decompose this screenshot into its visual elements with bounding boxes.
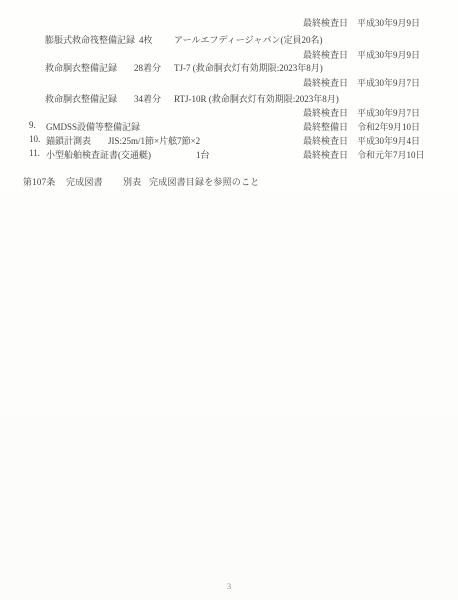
date-value: 平成30年9月4日 [357, 136, 420, 146]
record-row-liferaft: 膨脹式救命筏整備記録 4枚 アールエフディージャパン(定員20名) [0, 33, 458, 46]
record-label: 救命胴衣整備記録 [45, 61, 117, 74]
item-detail: 1台 [196, 148, 210, 161]
item-label: 錨鎖計測表 [46, 134, 91, 147]
record-detail: RTJ-10R (救命胴衣灯有効期限:2023年8月) [174, 92, 339, 105]
date-block: 最終検査日平成30年9月9日 [303, 16, 420, 29]
article-107-line: 第107条 完成図書 別表 完成図書目録を参照のこと [0, 175, 458, 188]
date-block: 最終整備日令和2年9月10日 [303, 120, 420, 133]
record-quantity: 4枚 [139, 33, 153, 46]
date-value: 平成30年9月9日 [357, 18, 420, 28]
date-value: 令和2年9月10日 [357, 122, 420, 132]
inspection-date-line: 最終検査日平成30年9月7日 [0, 76, 458, 89]
record-row-lifejacket-28: 救命胴衣整備記録 28着分 TJ-7 (救命胴衣灯有効期限:2023年8月) [0, 61, 458, 74]
date-label: 最終検査日 [303, 18, 348, 28]
date-value: 平成30年9月9日 [357, 50, 420, 60]
date-block: 最終検査日平成30年9月7日 [303, 106, 420, 119]
inspection-date-line: 最終検査日平成30年9月9日 [0, 16, 458, 29]
record-label: 救命胴衣整備記録 [45, 92, 117, 105]
inspection-date-line: 最終検査日平成30年9月9日 [0, 48, 458, 61]
article-ref-label: 別表 [123, 175, 141, 188]
date-label: 最終検査日 [303, 136, 348, 146]
scanned-document-page: 最終検査日平成30年9月9日 膨脹式救命筏整備記録 4枚 アールエフディージャパ… [0, 0, 458, 600]
record-quantity: 28着分 [134, 61, 161, 74]
article-title: 完成図書 [66, 175, 103, 188]
record-quantity: 34着分 [134, 92, 161, 105]
article-clause: 第107条 [23, 175, 56, 188]
date-label: 最終検査日 [303, 150, 348, 160]
date-block: 最終検査日平成30年9月9日 [303, 48, 420, 61]
item-number: 10. [29, 134, 40, 144]
date-value: 令和元年7月10日 [357, 150, 425, 160]
item-label: 小型船舶検査証書(交通艇) [46, 148, 151, 161]
page-number: 3 [0, 581, 458, 591]
item-number: 9. [29, 120, 36, 130]
record-detail: TJ-7 (救命胴衣灯有効期限:2023年8月) [174, 61, 323, 74]
date-block: 最終検査日平成30年9月4日 [303, 134, 420, 147]
item-label: GMDSS設備等整備記録 [46, 120, 140, 133]
numbered-item-row-11: 11. 小型船舶検査証書(交通艇) 1台 最終検査日令和元年7月10日 [0, 148, 458, 161]
numbered-item-row-9: 9. GMDSS設備等整備記録 最終整備日令和2年9月10日 [0, 120, 458, 133]
date-block: 最終検査日令和元年7月10日 [303, 148, 425, 161]
date-label: 最終検査日 [303, 108, 348, 118]
date-label: 最終検査日 [303, 50, 348, 60]
article-ref-text: 完成図書目録を参照のこと [149, 175, 259, 188]
numbered-item-row-10: 10. 錨鎖計測表 JIS:25m/1節×片舷7節×2 最終検査日平成30年9月… [0, 134, 458, 147]
record-detail: アールエフディージャパン(定員20名) [174, 33, 322, 46]
date-label: 最終整備日 [303, 122, 348, 132]
date-label: 最終検査日 [303, 78, 348, 88]
inspection-date-line: 最終検査日平成30年9月7日 [0, 106, 458, 119]
record-row-lifejacket-34: 救命胴衣整備記録 34着分 RTJ-10R (救命胴衣灯有効期限:2023年8月… [0, 92, 458, 105]
record-label: 膨脹式救命筏整備記録 [45, 33, 135, 46]
item-detail: JIS:25m/1節×片舷7節×2 [108, 134, 200, 147]
date-value: 平成30年9月7日 [357, 78, 420, 88]
date-block: 最終検査日平成30年9月7日 [303, 76, 420, 89]
date-value: 平成30年9月7日 [357, 108, 420, 118]
item-number: 11. [29, 148, 40, 158]
